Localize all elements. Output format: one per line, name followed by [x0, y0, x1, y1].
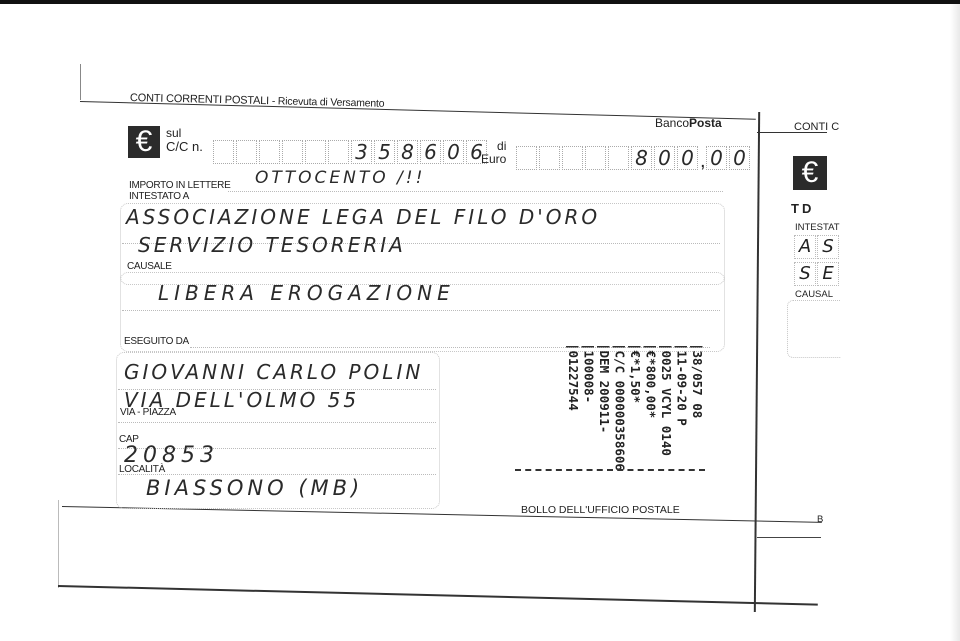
amount-digit-box: 0 [677, 146, 698, 170]
brand-prefix: Banco [655, 116, 689, 130]
account-digit-box: 6 [420, 140, 441, 164]
stub-char-box: S [794, 262, 816, 286]
stamp-line: |11-09-20 P [674, 343, 690, 471]
via-label: VIA - PIAZZA [120, 407, 176, 418]
localita-value: BIASSONO (MB) [146, 476, 363, 500]
account-digit-box [282, 140, 303, 164]
scan-border-top [0, 0, 960, 4]
amount-digit-box [608, 146, 629, 170]
receipt-stub: CONTI C € TD INTESTAT A S S E CAUSAL B [757, 100, 841, 620]
paper-edge [58, 500, 59, 588]
stub-char-box: A [794, 235, 816, 259]
stamp-line: |€*1,50* [628, 343, 644, 471]
paper-edge [80, 64, 81, 100]
stub-title: CONTI C [794, 121, 841, 133]
amount-label-euro: Euro [481, 153, 506, 166]
euro-icon: € [128, 126, 160, 158]
brand-bold: Posta [689, 116, 722, 130]
amount-field[interactable]: 800,00 [516, 146, 752, 176]
amount-digit-box: 8 [631, 146, 652, 170]
account-digit-box [213, 140, 234, 164]
localita-label: LOCALITÀ [119, 464, 165, 475]
stamp-line: |€*800,00* [643, 343, 659, 471]
causale-divider [122, 310, 720, 311]
amount-digit-box [516, 146, 537, 170]
stamp-line: |01227544 [566, 343, 582, 471]
postal-stamp: |38/057 08|11-09-20 P|0025 VCYL 0140|€*8… [515, 343, 705, 471]
stub-euro-icon: € [793, 156, 827, 190]
stub-causale-box [787, 300, 841, 358]
stamp-line: |0025 VCYL 0140 [659, 343, 675, 471]
eseguito-label: ESEGUITO DA [124, 336, 189, 347]
account-number-field[interactable]: 358606 [213, 140, 489, 164]
intestato-line1: ASSOCIAZIONE LEGA DEL FILO D'ORO [126, 205, 600, 229]
importo-value[interactable]: OTTOCENTO /!! [255, 168, 425, 188]
stub-type-code: TD [791, 201, 814, 216]
stub-bottom-rule [757, 537, 821, 538]
amount-decimal-box: 0 [706, 146, 727, 170]
account-digit-box: 5 [374, 140, 395, 164]
bancoposta-logo: BancoPosta [655, 116, 722, 130]
account-digit-box [236, 140, 257, 164]
eseguito-divider [118, 422, 436, 423]
title-sub: - Ricevuta di Versamento [272, 95, 385, 110]
account-digit-box: 0 [443, 140, 464, 164]
stub-causale-label: CAUSAL [795, 289, 841, 300]
scan-shadow [950, 4, 960, 641]
amount-decimal-box: 0 [729, 146, 750, 170]
account-digit-box: 3 [351, 140, 372, 164]
importo-line [228, 191, 723, 192]
stub-char-box: S [817, 235, 839, 259]
causale-value: LIBERA EROGAZIONE [158, 281, 455, 305]
bollo-label: BOLLO DELL'UFFICIO POSTALE [521, 504, 680, 516]
stub-char-box: E [817, 262, 839, 286]
stamp-dashed-rule [515, 469, 705, 471]
stamp-line: |DEM 200911- [597, 343, 613, 471]
intestato-label: INTESTATO A [129, 191, 189, 202]
account-digit-box [328, 140, 349, 164]
causale-label: CAUSALE [127, 261, 172, 272]
eseguito-divider [118, 474, 436, 475]
importo-label: IMPORTO IN LETTERE [129, 180, 230, 191]
account-digit-box [305, 140, 326, 164]
intestato-line2: SERVIZIO TESORERIA [138, 233, 406, 257]
account-label: sul C/C n. [166, 127, 203, 153]
eseguito-name: GIOVANNI CARLO POLIN [124, 360, 423, 384]
stamp-line: |C/C 000000358606 [612, 343, 628, 471]
stub-intestato-label: INTESTAT [795, 222, 841, 233]
stamp-line: |100008- [581, 343, 597, 471]
amount-digit-box [539, 146, 560, 170]
amount-digit-box [585, 146, 606, 170]
stamp-line: |38/057 08 [690, 343, 706, 471]
amount-digit-box: 0 [654, 146, 675, 170]
amount-digit-box [562, 146, 583, 170]
account-label-ccn: C/C n. [166, 140, 203, 153]
amount-label: di Euro [481, 140, 506, 166]
account-digit-box [259, 140, 280, 164]
account-digit-box: 8 [397, 140, 418, 164]
stub-bottom-label: B [817, 514, 823, 525]
